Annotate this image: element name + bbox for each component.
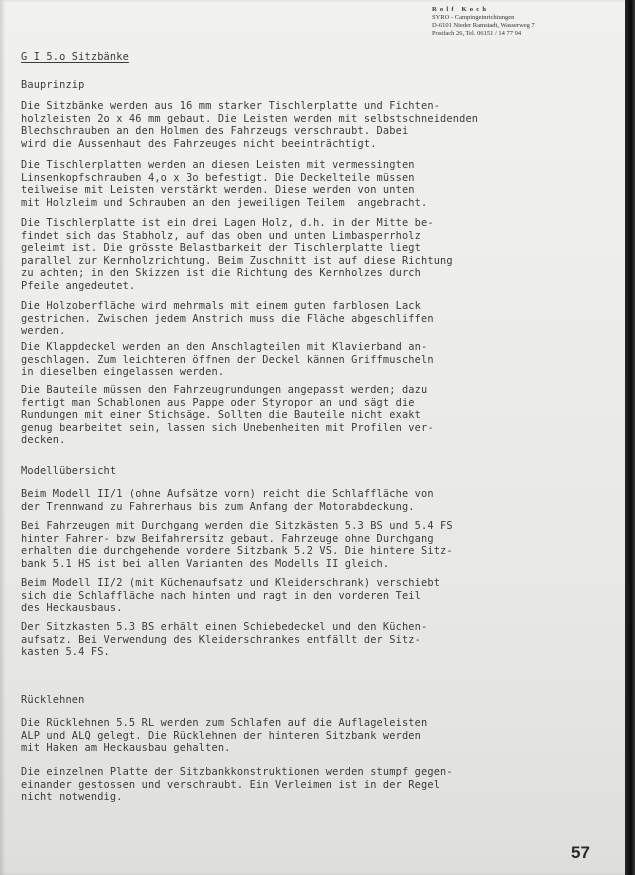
- paragraph: Die Tischlerplatte ist ein drei Lagen Ho…: [21, 217, 601, 292]
- paragraph: Die Klappdeckel werden an den Anschlagte…: [21, 341, 601, 379]
- document-page: Rolf Koch SYRO - Campingeinrichtungen D-…: [0, 0, 625, 875]
- section-heading-modelluebersicht: Modellübersicht: [21, 465, 116, 477]
- scan-edge: [625, 0, 635, 875]
- paragraph: Bei Fahrzeugen mit Durchgang werden die …: [21, 520, 601, 570]
- section-heading-bauprinzip: Bauprinzip: [21, 79, 85, 91]
- paragraph: Die Bauteile müssen den Fahrzeugrundunge…: [21, 384, 601, 447]
- paragraph: Die Holzoberfläche wird mehrmals mit ein…: [21, 300, 601, 338]
- paragraph: Der Sitzkasten 5.3 BS erhält einen Schie…: [21, 621, 601, 659]
- paragraph: Die Rücklehnen 5.5 RL werden zum Schlafe…: [21, 717, 601, 755]
- paragraph: Die Tischlerplatten werden an diesen Lei…: [21, 159, 601, 209]
- section-heading-ruecklehnen: Rücklehnen: [21, 694, 85, 706]
- page-number: 57: [571, 843, 590, 863]
- paragraph: Beim Modell II/1 (ohne Aufsätze vorn) re…: [21, 488, 601, 513]
- paragraph: Die einzelnen Platte der Sitzbankkonstru…: [21, 766, 601, 804]
- letterhead-address: D-6101 Nieder Ramstadt, Wasserweg 7: [432, 22, 535, 30]
- letterhead-company: SYRO - Campingeinrichtungen: [432, 14, 535, 22]
- document-title: G I 5.o Sitzbänke: [21, 51, 129, 63]
- letterhead-contact: Postfach 26, Tel. 06151 / 14 77 94: [432, 30, 535, 38]
- paragraph: Beim Modell II/2 (mit Küchenaufsatz und …: [21, 577, 601, 615]
- letterhead: Rolf Koch SYRO - Campingeinrichtungen D-…: [432, 6, 535, 38]
- letterhead-name: Rolf Koch: [432, 6, 535, 14]
- paragraph: Die Sitzbänke werden aus 16 mm starker T…: [21, 100, 601, 150]
